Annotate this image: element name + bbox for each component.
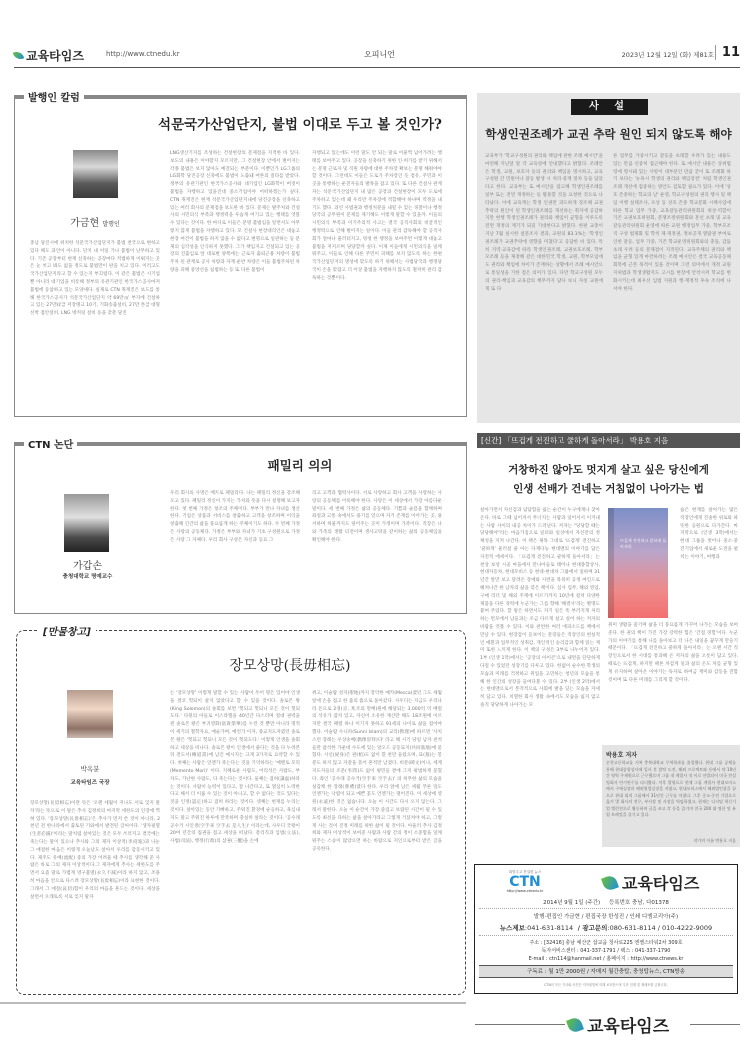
book-title-line-2[interactable]: 인생 선배가 건네는 거침없이 나아가는 법 — [477, 481, 740, 496]
article-column-3: 자행되고 있는데도 이런 말도 안 되는 말로 어물쩍 넘어가려는 행태를 보여… — [312, 150, 442, 412]
article-column-3: 쥐고, 이슬람 성지(聖地)까지 장악한 메카(Mecca)였던 그도 세월 앞… — [312, 690, 442, 985]
book-author-box: 박용호 저자 순천고등학교를 거쳐 충북대학교 무역학과를 졸업했다. 현대 그… — [602, 745, 740, 847]
imprint-box: 희망주고 진실한 뉴스 CTN http://www.ctnedu.kr 교육타… — [474, 864, 738, 994]
editorial-title[interactable]: 학생인권조례가 교권 추락 원인 되지 않도록 해야 — [477, 126, 740, 142]
ctn-logo-block: 희망주고 진실한 뉴스 CTN http://www.ctnedu.kr — [495, 870, 555, 893]
article-title[interactable]: 석문국가산업단지, 불법 이대로 두고 볼 것인가? — [140, 113, 460, 133]
imprint-subscription: 구독료 : 월 1만 2000원 / 자매지 월간충탑, 충청탑뉴스, CTN방… — [479, 965, 733, 978]
author-photo — [67, 690, 113, 738]
article-column-1: 충남 당진시에 위치한 석문국가산업단지가 불법 천국으로 변하고 있다 해도 … — [30, 240, 160, 410]
editorial-box: 사 설 학생인권조례가 교권 추락 원인 되지 않도록 해야 교육부가 '학교구… — [477, 93, 740, 423]
bottom-rule — [0, 1002, 466, 1004]
book-column-2b: 취미 생활을 즐기며 삶을 더 풍요롭게 가꾸어 나가는 모습을 보여 준다. … — [608, 622, 738, 740]
section-name: 오피니언 — [364, 49, 395, 60]
author-photo — [64, 494, 109, 552]
author-photo — [73, 150, 118, 198]
article-column-1: 우리 회사의 사명은 베트로 패밀리다. 나는 패밀리 정신을 강조해 오고 있… — [170, 490, 300, 602]
article-column-2: 리고 고객과 협력사이다. 서로 사랑하고 회사 고객을 사랑하는 사랑의 공동… — [312, 490, 442, 602]
imprint-fineprint: CTN의 모든 기사와 사진은 저작권법에 의해 보호받으며 무단 전재 및 재… — [475, 982, 737, 987]
imprint-address: 주소 : [32416] 충남 예산군 삽교읍 청사로225 엔젤스타워2차 3… — [475, 939, 737, 946]
editorial-badge: 사 설 — [571, 99, 648, 115]
article-title[interactable]: 패밀리 의의 — [200, 456, 400, 474]
book-column-1: 살아가면서 자신감과 담담함을 잃는 순간이 누구에게나 찾아온다. 바로 그때… — [480, 507, 600, 842]
editorial-column-1: 교육부가 '학교구성원의 권리와 책임에 관한 조례 예시안'을 마련해 지난달… — [485, 153, 603, 415]
leaf-logo-icon — [601, 874, 619, 892]
ctn-logo: CTN — [495, 875, 555, 889]
book-column-2a: 습은 현재를 살아가는 많은 직장인에게 진솔한 위로와 따뜻한 응원으로 다가… — [680, 507, 738, 617]
author-box-text: 순천고등학교를 거쳐 충북대학교 무역학과를 졸업했다. 현대 그룹 공채를 통… — [606, 760, 736, 832]
author-byline: 가갑손 충청대학교 명예교수 — [45, 557, 130, 580]
imprint-email[interactable]: E-mail : ctn114@hanmail.net / 홈페이지 : htt… — [475, 955, 737, 962]
author-byline: 박옥분 교육타임즈 국장 — [45, 764, 135, 786]
brand-logo: 교육타임즈 — [603, 871, 699, 894]
author-byline: 가금현 발행인 — [55, 214, 135, 229]
book-cover-image: 뜨겁게 전진하고 쿨하게 돌아서라 — [608, 508, 668, 618]
dotted-divider — [479, 935, 733, 936]
article-column-1: 장모상망(長毋相忘)이란 뜻은 '오랜 세월이 지나도 서로 잊지 말자'라는 … — [30, 800, 160, 985]
imprint-registration: 2014년 9월 1일 (주간) 등록번호 충남, 다01378 — [475, 898, 737, 906]
brand-logo[interactable]: 교육타임즈 — [14, 47, 84, 64]
dotted-divider — [479, 908, 733, 909]
imprint-service: 독자서비스센터 : 041-337-1791 / 팩스 : 041-337-17… — [475, 947, 737, 954]
issue-date: 2023년 12월 12일 (화) 제81호 — [622, 50, 714, 59]
section-label-mangul: [만물창고] — [38, 623, 96, 638]
author-box-title: 박용호 저자 — [606, 750, 637, 759]
leaf-logo-icon — [13, 50, 25, 62]
author-box-credit: 작가의 이름 박용호 지음 — [694, 838, 736, 844]
footer-rule-right — [690, 1024, 740, 1025]
page-number: 11 — [715, 45, 740, 60]
book-spine — [608, 508, 614, 618]
book-section-bar: [신간] 「뜨겁게 전진하고 쿨하게 돌아서라」 박용호 지음 — [477, 433, 740, 448]
article-column-2: 는 '장모상망' 이렇게 말할 수 있는 사람이 두어 명은 있어야 인생을 결… — [170, 690, 300, 985]
site-url[interactable]: http://www.ctnedu.kr — [106, 50, 180, 58]
imprint-staff: 발행·편집인 가금현 / 편집국장 한성진 / 인쇄 디엠코리아(주) — [475, 912, 737, 920]
editorial-column-2: 른 업무를 가중시키고 갈등을 초래할 우려가 있는 내용도 있는 만큼 신중히… — [613, 153, 731, 415]
article-title[interactable]: 장모상망(長毋相忘) — [160, 655, 420, 675]
imprint-contacts: 뉴스제보:041-631-8114 / 광고문의:080-631-8114 / … — [475, 923, 737, 932]
page-header: 교육타임즈 http://www.ctnedu.kr 오피니언 2023년 12… — [14, 44, 740, 68]
article-column-2: LNG생산기지를 조성하는 건설현장의 문제점을 지적한 바 있다. 보도의 내… — [170, 150, 300, 412]
leaf-logo-icon — [566, 1016, 584, 1034]
book-title-line-1[interactable]: 거창하진 않아도 멋지게 살고 싶은 당신에게 — [477, 462, 740, 477]
footer-brand-logo: 교육타임즈 — [568, 1012, 669, 1037]
footer-rule-left — [475, 1024, 565, 1025]
